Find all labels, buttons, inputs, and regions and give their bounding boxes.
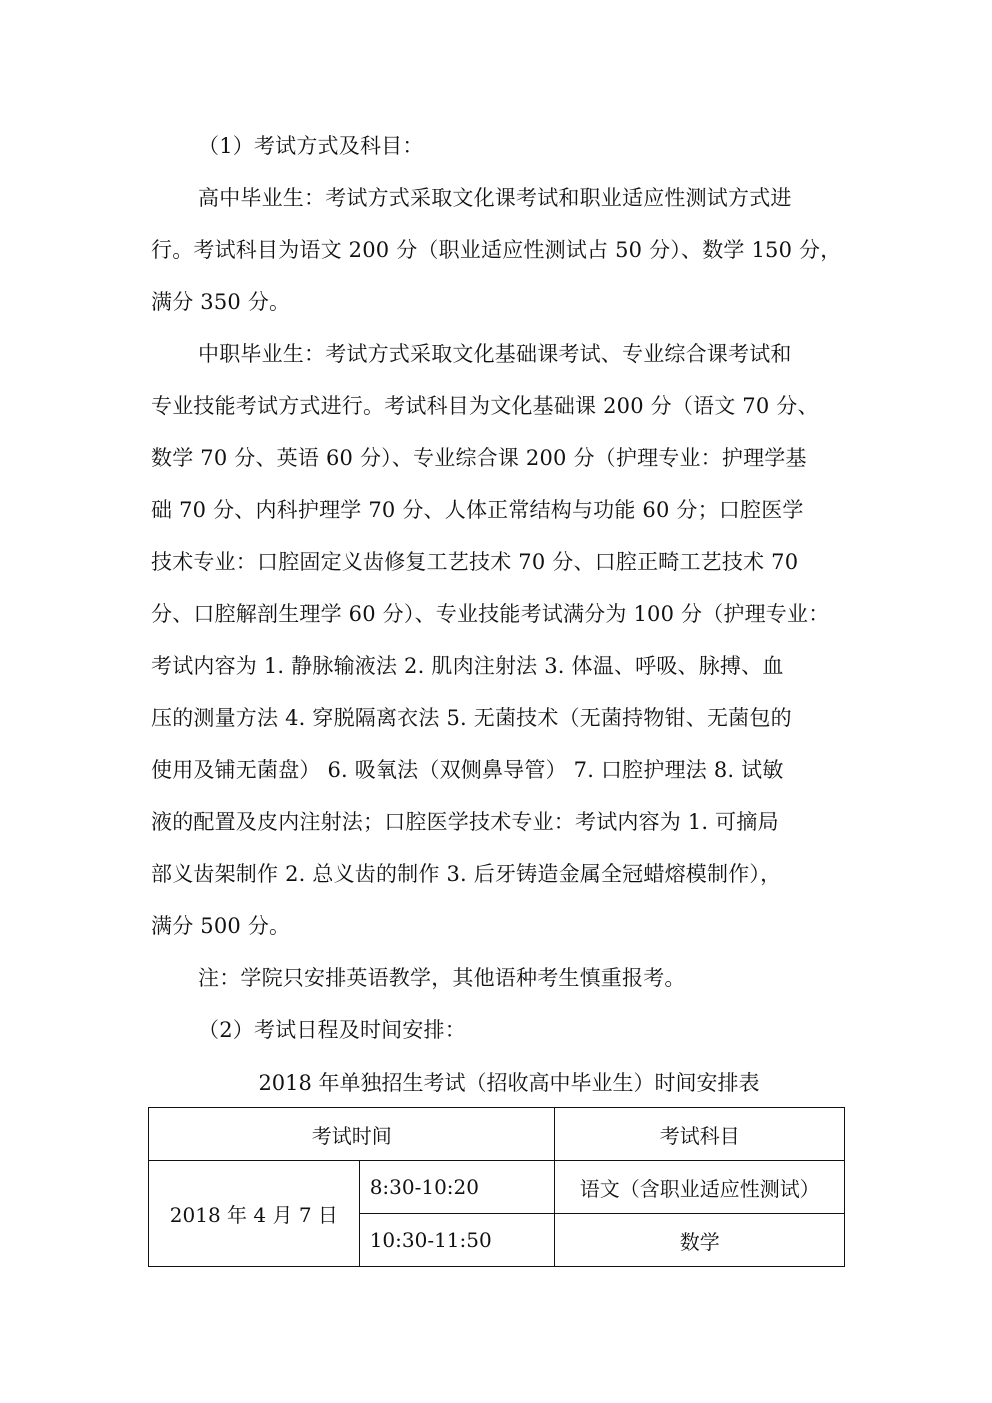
exam-subject-1: 语文（含职业适应性测试） bbox=[555, 1161, 845, 1214]
vocational-line-4: 础 70 分、内科护理学 70 分、人体正常结构与功能 60 分；口腔医学 bbox=[151, 497, 804, 523]
vocational-line-2: 专业技能考试方式进行。考试科目为文化基础课 200 分（语文 70 分、 bbox=[151, 393, 819, 419]
schedule-table: 考试时间 考试科目 2018 年 4 月 7 日 8:30-10:20 语文（含… bbox=[148, 1107, 845, 1267]
vocational-line-7: 考试内容为 1. 静脉输液法 2. 肌肉注射法 3. 体温、呼吸、脉搏、血 bbox=[151, 653, 784, 679]
exam-time-2: 10:30-11:50 bbox=[359, 1214, 555, 1267]
table-header-row: 考试时间 考试科目 bbox=[149, 1108, 845, 1161]
table-caption: 2018 年单独招生考试（招收高中毕业生）时间安排表 bbox=[0, 1070, 992, 1096]
vocational-line-8: 压的测量方法 4. 穿脱隔离衣法 5. 无菌技术（无菌持物钳、无菌包的 bbox=[151, 705, 792, 731]
high-school-line-2: 行。考试科目为语文 200 分（职业适应性测试占 50 分）、数学 150 分， bbox=[151, 237, 841, 263]
vocational-line-5: 技术专业：口腔固定义齿修复工艺技术 70 分、口腔正畸工艺技术 70 bbox=[151, 549, 798, 575]
header-exam-time: 考试时间 bbox=[149, 1108, 555, 1161]
exam-subject-2: 数学 bbox=[555, 1214, 845, 1267]
exam-time-1: 8:30-10:20 bbox=[359, 1161, 555, 1214]
vocational-line-9: 使用及铺无菌盘） 6. 吸氧法（双侧鼻导管） 7. 口腔护理法 8. 试敏 bbox=[151, 757, 784, 783]
high-school-line-3: 满分 350 分。 bbox=[151, 289, 290, 315]
section1-heading: （1）考试方式及科目： bbox=[198, 133, 424, 159]
vocational-line-1: 中职毕业生：考试方式采取文化基础课考试、专业综合课考试和 bbox=[198, 341, 792, 367]
high-school-line-1: 高中毕业生：考试方式采取文化课考试和职业适应性测试方式进 bbox=[198, 185, 792, 211]
exam-date: 2018 年 4 月 7 日 bbox=[149, 1161, 360, 1267]
vocational-line-3: 数学 70 分、英语 60 分）、专业综合课 200 分（护理专业：护理学基 bbox=[151, 445, 807, 471]
vocational-line-6: 分、口腔解剖生理学 60 分）、专业技能考试满分为 100 分（护理专业： bbox=[151, 601, 829, 627]
vocational-line-12: 满分 500 分。 bbox=[151, 913, 290, 939]
vocational-line-11: 部义齿架制作 2. 总义齿的制作 3. 后牙铸造金属全冠蜡熔模制作）， bbox=[151, 861, 781, 887]
note: 注：学院只安排英语教学，其他语种考生慎重报考。 bbox=[198, 965, 686, 991]
section2-heading: （2）考试日程及时间安排： bbox=[198, 1017, 466, 1043]
vocational-line-10: 液的配置及皮内注射法；口腔医学技术专业：考试内容为 1. 可摘局 bbox=[151, 809, 779, 835]
header-exam-subject: 考试科目 bbox=[555, 1108, 845, 1161]
table-row: 2018 年 4 月 7 日 8:30-10:20 语文（含职业适应性测试） bbox=[149, 1161, 845, 1214]
